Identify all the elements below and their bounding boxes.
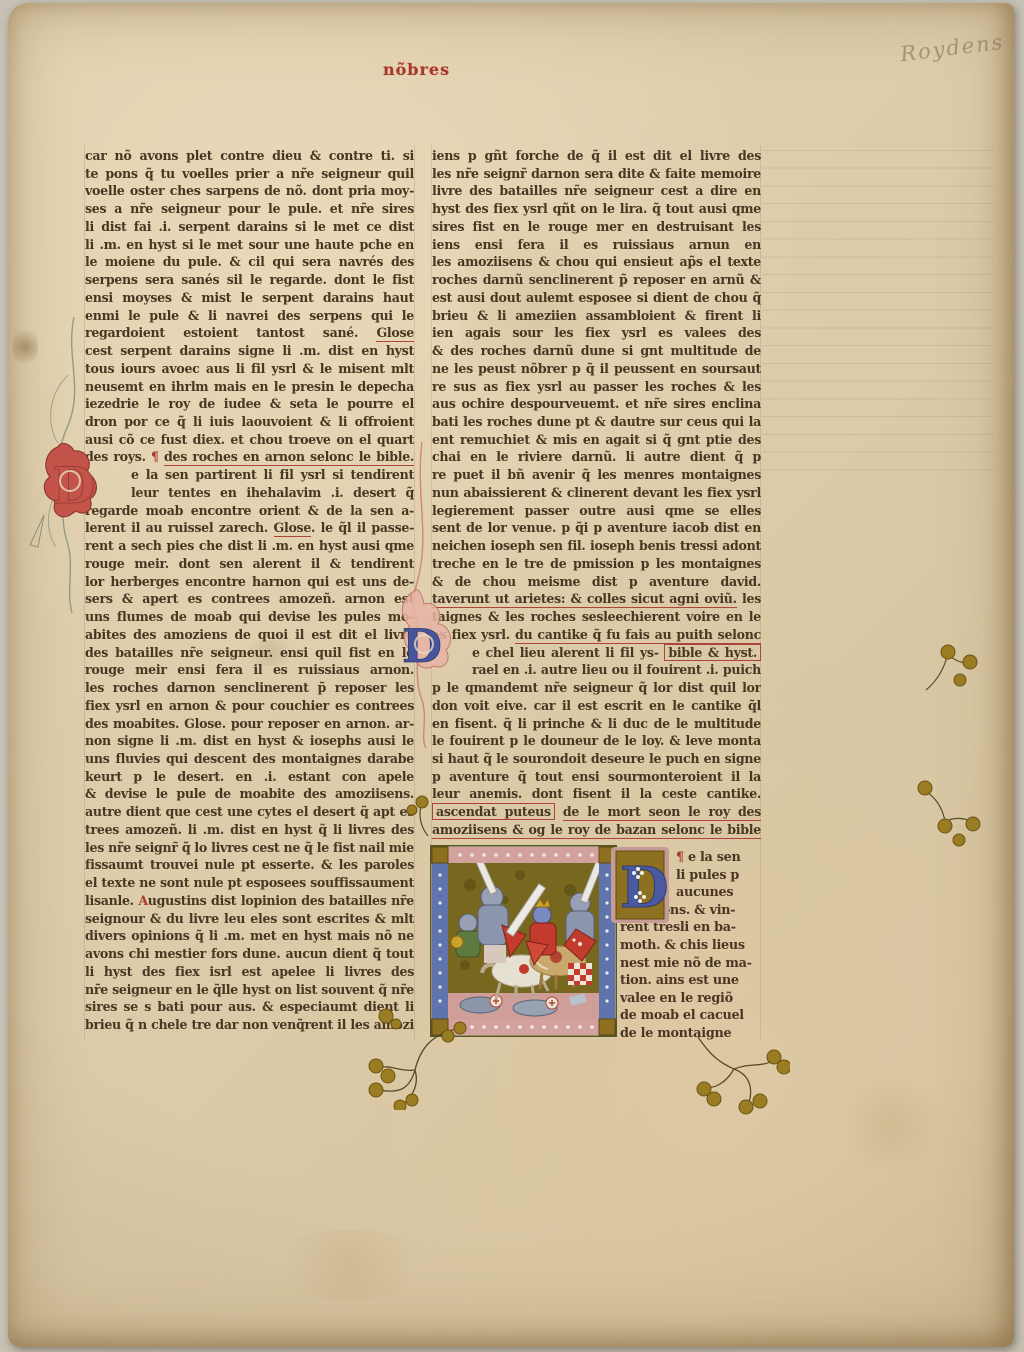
text-segment: lerent il au ruissel zarech. xyxy=(85,520,274,535)
text-line: bati les roches dune pt & dautre sur ceu… xyxy=(432,413,761,431)
text-line: taverunt ut arietes: & colles sicut agni… xyxy=(432,590,761,608)
text-line: sires fist en le rouge mer en destruisan… xyxy=(432,218,761,236)
ivy-sprig-ascendat xyxy=(398,792,438,842)
text-line: hyst des fiex ysrl qñt on le lira. q̃ to… xyxy=(432,200,761,218)
text-line: rouge meir ensi fera il es ruissiaus arn… xyxy=(85,661,414,679)
text-line: ascendat puteus de le mort seon le roy d… xyxy=(432,803,761,821)
text-segment: regardoient estoient tantost sané. xyxy=(85,325,376,340)
text-line: treche en le tre de pmission p les monta… xyxy=(432,555,761,573)
text-line: es fiex ysrl. du cantike q̃ fu fais au p… xyxy=(432,626,761,644)
text-line: en fisent. q̃ li prinche & li duc de le … xyxy=(432,715,761,733)
text-line: don voit eive. car il est escrit en le c… xyxy=(432,697,761,715)
text-line: des roys. ¶ des roches en arnon selonc l… xyxy=(85,448,414,466)
text-segment: A xyxy=(138,893,147,908)
text-line: regardoient estoient tantost sané. Glose xyxy=(85,324,414,342)
text-line: des moabites. Glose. pour reposer en arn… xyxy=(85,715,414,733)
text-line: p aventure q̃ tout ensi sourmonteroient … xyxy=(432,768,761,786)
text-line: chai en le riviere darnũ. li autre dient… xyxy=(432,448,761,466)
text-line: keurt p le desert. en .i. estant con ape… xyxy=(85,768,414,786)
text-line: re puet il bñ avenir q̃ les menres monta… xyxy=(432,466,761,484)
text-line: enmi le pule & li navrei des serpens qui… xyxy=(85,307,414,325)
text-line: ne les peust nõbrer p q̃ il peussent en … xyxy=(432,360,761,378)
miniature-battle-scene xyxy=(430,845,617,1037)
text-line: moth. & chis lieus xyxy=(620,937,761,955)
text-segment: Glose xyxy=(184,716,222,733)
ivy-sprig-right-margin-upper xyxy=(920,640,980,700)
text-line: les amoziisens & chou qui ensieut ap̃s e… xyxy=(432,253,761,271)
text-line: roches darnũ senclinerent p̃ reposer en … xyxy=(432,271,761,289)
text-line: rouge meir. dont sen alerent il & tendir… xyxy=(85,555,414,573)
text-line: voelle oster ches sarpens de nõ. dont pr… xyxy=(85,182,414,200)
text-segment: ascendat puteus xyxy=(432,803,555,820)
text-line: li .m. en hyst si le met sour une haute … xyxy=(85,236,414,254)
text-line: brieu & li ameziien assambloient & firen… xyxy=(432,307,761,325)
text-line: si haut q̃ le sourondoit deseure le puch… xyxy=(432,750,761,768)
text-line: fiex ysrl en arnon & pour couchier es co… xyxy=(85,697,414,715)
text-line: les nr̃e seignr̃ q̃ lo livres cest ne q̃… xyxy=(85,839,414,857)
text-line: sent de lor venue. p q̃i p aventure iaco… xyxy=(432,519,761,537)
text-line: & de chou meisme dist p aventure david. … xyxy=(432,573,761,591)
text-line: regarde moab encontre orient & de la sen… xyxy=(85,502,414,520)
text-segment: ¶ xyxy=(676,850,688,865)
pen-flourish xyxy=(30,515,44,547)
text-line: li dist fai .i. serpent darains si le me… xyxy=(85,218,414,236)
text-line: el texte ne sont nule pt esposees souffi… xyxy=(85,874,414,892)
text-line: seignour & du livre leu eles sont escrit… xyxy=(85,910,414,928)
text-line: les nr̃e seignr̃ darnon sera dite & fait… xyxy=(432,165,761,183)
text-line: avons chi mestier fors dune. aucun dient… xyxy=(85,945,414,963)
text-line: sers & apert es contrees amozeñ. arnon e… xyxy=(85,590,414,608)
text-segment: des moabites. xyxy=(85,716,184,731)
text-segment: des roches en arnon selonc le bible. xyxy=(164,449,414,466)
text-column-1: car nõ avons plet contre dieu & contre t… xyxy=(85,147,414,1034)
running-title: nõbres xyxy=(383,60,450,79)
text-segment: amoziisens & og le roy de bazan selonc l… xyxy=(432,822,761,839)
text-line: uns fluvies qui descent des montaignes d… xyxy=(85,750,414,768)
initial-d-column1: D xyxy=(28,315,112,615)
ivy-sprig-bottom-right xyxy=(690,1035,790,1115)
text-line: neichen ioseph sen fil. ioseph benis tre… xyxy=(432,537,761,555)
text-line: rent a sech pies che dist li .m. en hyst… xyxy=(85,537,414,555)
text-line: le moiene du pule. & cil qui sera navrés… xyxy=(85,253,414,271)
text-line: aus ochire despourveuemt. et nr̃e sires … xyxy=(432,395,761,413)
text-line: lor herberges encontre harnon qui est un… xyxy=(85,573,414,591)
text-line: & devise le pule de moabite des amoziise… xyxy=(85,785,414,803)
text-line: leur anemis. dont fisent il la ceste can… xyxy=(432,785,761,803)
text-line: ensi moyses & mist le serpent darains ha… xyxy=(85,289,414,307)
text-line: & des roches darnũ dune si gnt multitude… xyxy=(432,342,761,360)
text-line: legierement passer outre ausi qme se ell… xyxy=(432,502,761,520)
text-line: taignes & les roches sesleechierent voir… xyxy=(432,608,761,626)
text-line: neusemt en ihrlm mais en le presin le de… xyxy=(85,378,414,396)
text-line: est ausi dout aulemt esposee si dient de… xyxy=(432,289,761,307)
text-segment: ugustins dist lopinion des batailles nr̃… xyxy=(148,893,414,908)
text-line: re sus as fiex ysrl au passer les roches… xyxy=(432,378,761,396)
text-segment: bible & hyst. xyxy=(664,644,761,661)
text-segment: Glose xyxy=(274,520,312,537)
text-line: amoziisens & og le roy de bazan selonc l… xyxy=(432,821,761,839)
text-column-2: iens p gñt forche de q̃ il est dit el li… xyxy=(432,147,761,839)
text-line: divers opinions q̃ li .m. met en hyst ma… xyxy=(85,927,414,945)
text-segment: taverunt ut arietes: & colles sicut agni… xyxy=(432,591,737,608)
text-line: ses a nr̃e seigneur pour le pule. et nr̃… xyxy=(85,200,414,218)
initial-letter: D xyxy=(52,456,95,515)
text-line: non signe li .m. dist en hyst & iosephs … xyxy=(85,732,414,750)
text-line: valee en le regiõ xyxy=(620,990,761,1008)
text-line: car nõ avons plet contre dieu & contre t… xyxy=(85,147,414,165)
text-line: uns flumes de moab qui devise les pules … xyxy=(85,608,414,626)
text-line: e chel lieu alerent li fil ys- bible & h… xyxy=(432,644,761,662)
text-line: p le qmandemt nr̃e seigneur q̃ lor dist … xyxy=(432,679,761,697)
text-line: lerent il au ruissel zarech. Glose. le q… xyxy=(85,519,414,537)
text-line: ausi cõ ce fust diex. et chou troeve on … xyxy=(85,431,414,449)
text-line: de moab el cacuel xyxy=(620,1007,761,1025)
initial-letter: D xyxy=(402,619,442,673)
initial-letter: D xyxy=(620,855,669,921)
text-line: iens ensi fera il es ruissiaus arnun en … xyxy=(432,236,761,254)
initial-d-miniature: D xyxy=(611,847,669,923)
ruling-lines xyxy=(762,150,994,472)
text-line: nun abaissierent & clinerent devant les … xyxy=(432,484,761,502)
manuscript-photo: { "page": { "header_title": "nõbres", "c… xyxy=(0,0,1024,1352)
text-line: tous iours avoec aus li fil ysrl & le mi… xyxy=(85,360,414,378)
initial-d-column2: D xyxy=(386,440,452,750)
text-line: li hyst des fiex isrl est apelee li livr… xyxy=(85,963,414,981)
text-line: des batailles nr̃e seigneur. ensi quil f… xyxy=(85,644,414,662)
text-line: nr̃e seigneur en le q̃lle hyst on list s… xyxy=(85,981,414,999)
text-segment xyxy=(555,804,563,819)
ivy-sprig-col1-end xyxy=(372,1002,406,1036)
text-line: rael en .i. autre lieu ou il fouirent .i… xyxy=(432,661,761,679)
text-line: lisanle. Augustins dist lopinion des bat… xyxy=(85,892,414,910)
ivy-sprig-right-margin-lower xyxy=(915,778,985,848)
text-line: iezedrie le roy de iudee & seta le pourr… xyxy=(85,395,414,413)
text-line: dron por ce q̃ li iuis laouvoient & li o… xyxy=(85,413,414,431)
text-line: nest mie nõ de ma- xyxy=(620,955,761,973)
text-segment: Glose xyxy=(376,325,414,342)
text-line: e la sen partirent li fil ysrl si tendir… xyxy=(85,466,414,484)
text-line: autre dient que cest une cytes el desert… xyxy=(85,803,414,821)
text-line: leur tentes en ihehalavim .i. desert q̃ xyxy=(85,484,414,502)
text-line: le fouirent p le douneur de le loy. & le… xyxy=(432,732,761,750)
checked-skirt xyxy=(568,963,592,985)
text-line: trees amozeñ. li .m. dist en hyst q̃ li … xyxy=(85,821,414,839)
text-line: les roches darnon senclinerent p̃ repose… xyxy=(85,679,414,697)
text-line: livre des batailles nr̃e seigneur cest a… xyxy=(432,182,761,200)
text-line: tion. ains est une xyxy=(620,972,761,990)
text-segment: de le mort seon le roy des xyxy=(563,804,761,821)
text-line: sires se s bati pour aus. & especiaumt d… xyxy=(85,998,414,1016)
text-line: ent remuchiet & mis en agait si q̃ gnt p… xyxy=(432,431,761,449)
text-line: iens p gñt forche de q̃ il est dit el li… xyxy=(432,147,761,165)
text-line: te pons q̃ tu voelles prier a nr̃e seign… xyxy=(85,165,414,183)
text-segment: ¶ xyxy=(151,449,164,464)
text-line: serpens sera sanés sil le regarde. dont … xyxy=(85,271,414,289)
text-line: fissaumt trouvei nule pt esserte. & les … xyxy=(85,856,414,874)
text-segment: & de chou meisme dist p aventure david. xyxy=(432,574,761,589)
text-line: ien agais sour les fiex ysrl es valees d… xyxy=(432,324,761,342)
text-line: cest serpent darains signe li .m. dist e… xyxy=(85,342,414,360)
text-segment: e chel lieu alerent li fil ys- xyxy=(472,645,664,660)
text-line: abites des amoziens de quoi il est dit e… xyxy=(85,626,414,644)
text-segment: lisanle. xyxy=(85,893,138,908)
